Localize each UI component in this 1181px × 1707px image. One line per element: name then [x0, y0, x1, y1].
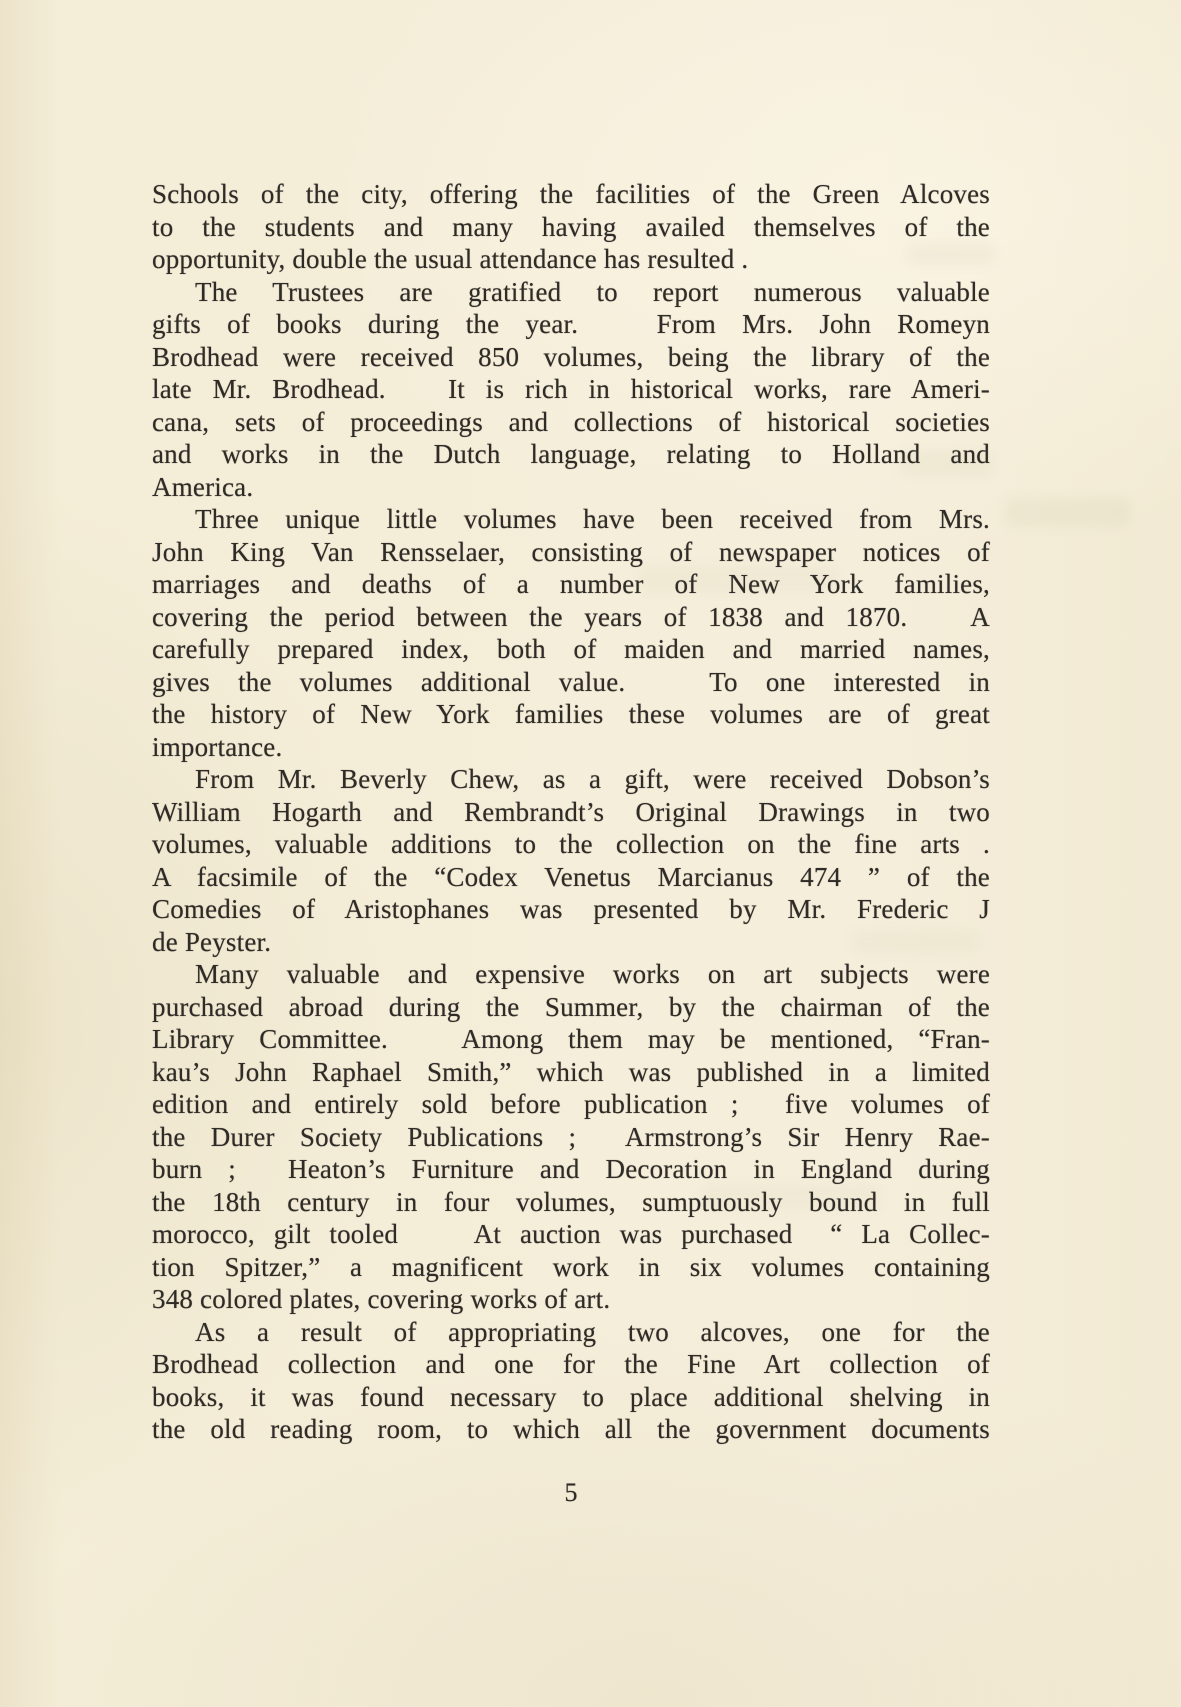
- text-line: Brodhead were received 850 volumes, bein…: [152, 341, 990, 374]
- text-line: As a result of appropriating two alcoves…: [152, 1316, 990, 1349]
- text-line: marriages and deaths of a number of New …: [152, 568, 990, 601]
- text-line: Brodhead collection and one for the Fine…: [152, 1348, 990, 1381]
- text-line: carefully prepared index, both of maiden…: [152, 633, 990, 666]
- text-line: edition and entirely sold before publica…: [152, 1088, 990, 1121]
- text-line: Many valuable and expensive works on art…: [152, 958, 990, 991]
- text-line: the history of New York families these v…: [152, 698, 990, 731]
- text-line: importance.: [152, 731, 990, 764]
- text-line: the Durer Society Publications ; Armstro…: [152, 1121, 990, 1154]
- text-line: kau’s John Raphael Smith,” which was pub…: [152, 1056, 990, 1089]
- text-line: burn ; Heaton’s Furniture and Decoration…: [152, 1153, 990, 1186]
- text-line: morocco, gilt tooled At auction was purc…: [152, 1218, 990, 1251]
- text-line: Schools of the city, offering the facili…: [152, 178, 990, 211]
- page-text: Schools of the city, offering the facili…: [152, 178, 990, 1446]
- text-line: books, it was found necessary to place a…: [152, 1381, 990, 1414]
- text-line: to the students and many having availed …: [152, 211, 990, 244]
- text-line: and works in the Dutch language, relatin…: [152, 438, 990, 471]
- text-line: covering the period between the years of…: [152, 601, 990, 634]
- text-line: the old reading room, to which all the g…: [152, 1413, 990, 1446]
- page-number: 5: [152, 1479, 990, 1506]
- text-line: the 18th century in four volumes, sumptu…: [152, 1186, 990, 1219]
- text-line: de Peyster.: [152, 926, 990, 959]
- text-line: Comedies of Aristophanes was presented b…: [152, 893, 990, 926]
- text-line: 348 colored plates, covering works of ar…: [152, 1283, 990, 1316]
- text-line: America.: [152, 471, 990, 504]
- text-line: gifts of books during the year. From Mrs…: [152, 308, 990, 341]
- show-through-artifact: [1005, 497, 1130, 527]
- text-line: volumes, valuable additions to the colle…: [152, 828, 990, 861]
- text-line: William Hogarth and Rembrandt’s Original…: [152, 796, 990, 829]
- text-line: gives the volumes additional value. To o…: [152, 666, 990, 699]
- text-line: The Trustees are gratified to report num…: [152, 276, 990, 309]
- text-line: cana, sets of proceedings and collection…: [152, 406, 990, 439]
- text-line: opportunity, double the usual attendance…: [152, 243, 990, 276]
- text-line: purchased abroad during the Summer, by t…: [152, 991, 990, 1024]
- text-line: late Mr. Brodhead. It is rich in histori…: [152, 373, 990, 406]
- text-line: A facsimile of the “Codex Venetus Marcia…: [152, 861, 990, 894]
- text-line: John King Van Rensselaer, consisting of …: [152, 536, 990, 569]
- text-line: tion Spitzer,” a magnificent work in six…: [152, 1251, 990, 1284]
- text-line: Three unique little volumes have been re…: [152, 503, 990, 536]
- text-line: From Mr. Beverly Chew, as a gift, were r…: [152, 763, 990, 796]
- text-line: Library Committee. Among them may be men…: [152, 1023, 990, 1056]
- page: Schools of the city, offering the facili…: [0, 0, 1181, 1707]
